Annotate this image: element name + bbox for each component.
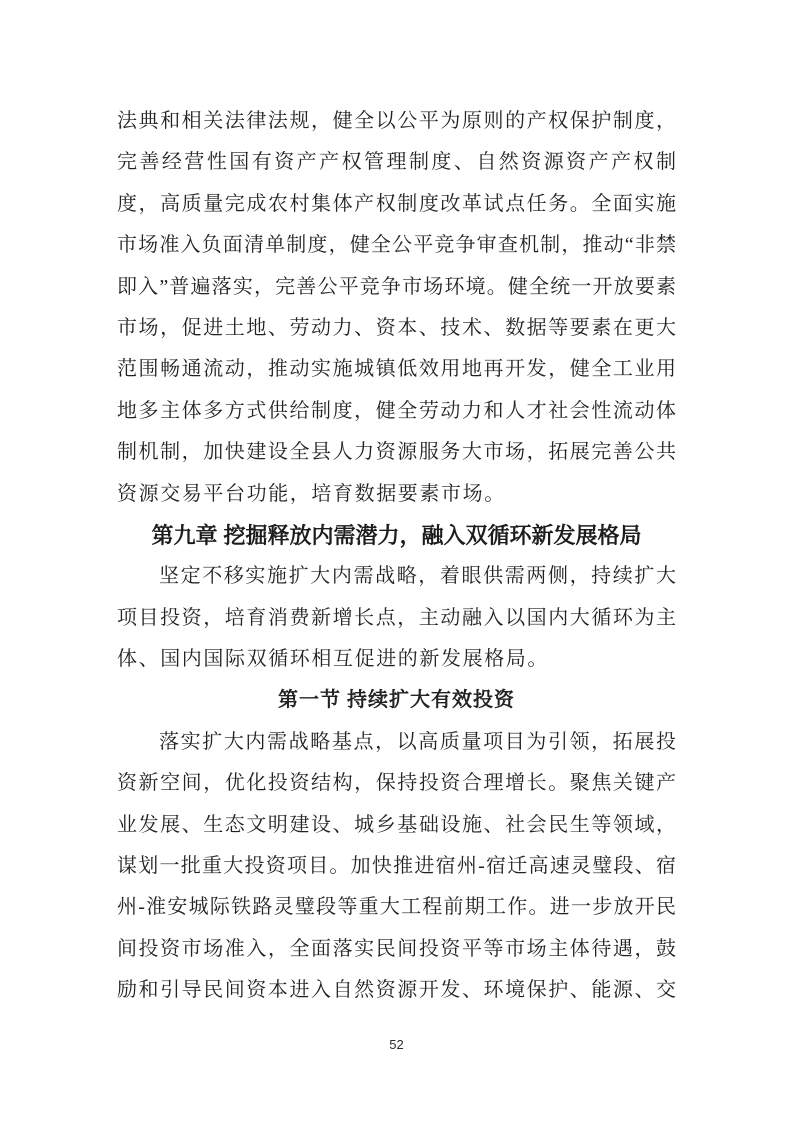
text-line: 法典和相关法律法规，健全以公平为原则的产权保护制度， bbox=[117, 101, 676, 142]
text-line: 市场，促进土地、劳动力、资本、技术、数据等要素在更大 bbox=[117, 308, 676, 349]
text-line: 市场准入负面清单制度，健全公平竞争审查机制，推动“非禁 bbox=[117, 225, 676, 266]
text-line: 资源交易平台功能，培育数据要素市场。 bbox=[117, 474, 676, 515]
text-line: 范围畅通流动，推动实施城镇低效用地再开发，健全工业用 bbox=[117, 349, 676, 390]
text-line: 度，高质量完成农村集体产权制度改革试点任务。全面实施 bbox=[117, 184, 676, 225]
text-line: 地多主体多方式供给制度，健全劳动力和人才社会性流动体 bbox=[117, 391, 676, 432]
text-line: 体、国内国际双循环相互促进的新发展格局。 bbox=[117, 639, 676, 680]
paragraph-continued: 法典和相关法律法规，健全以公平为原则的产权保护制度， 完善经营性国有资产产权管理… bbox=[117, 101, 676, 515]
text-line: 坚定不移实施扩大内需战略，着眼供需两侧，持续扩大 bbox=[117, 556, 676, 597]
text-line: 完善经营性国有资产产权管理制度、自然资源资产产权制 bbox=[117, 142, 676, 183]
chapter-heading: 第九章 挖掘释放内需潜力，融入双循环新发展格局 bbox=[117, 515, 676, 556]
text-line: 资新空间，优化投资结构，保持投资合理增长。聚焦关键产 bbox=[117, 763, 676, 804]
text-line: 制机制，加快建设全县人力资源服务大市场，拓展完善公共 bbox=[117, 432, 676, 473]
text-line: 项目投资，培育消费新增长点，主动融入以国内大循环为主 bbox=[117, 598, 676, 639]
text-line: 间投资市场准入，全面落实民间投资平等市场主体待遇，鼓 bbox=[117, 929, 676, 970]
paragraph: 坚定不移实施扩大内需战略，着眼供需两侧，持续扩大 项目投资，培育消费新增长点，主… bbox=[117, 556, 676, 680]
page-content: 法典和相关法律法规，健全以公平为原则的产权保护制度， 完善经营性国有资产产权管理… bbox=[117, 101, 676, 1012]
text-line: 业发展、生态文明建设、城乡基础设施、社会民生等领域， bbox=[117, 805, 676, 846]
document-page: 法典和相关法律法规，健全以公平为原则的产权保护制度， 完善经营性国有资产产权管理… bbox=[0, 0, 793, 1122]
text-line: 即入”普遍落实，完善公平竞争市场环境。健全统一开放要素 bbox=[117, 267, 676, 308]
text-line: 励和引导民间资本进入自然资源开发、环境保护、能源、交 bbox=[117, 970, 676, 1011]
paragraph: 落实扩大内需战略基点，以高质量项目为引领，拓展投 资新空间，优化投资结构，保持投… bbox=[117, 722, 676, 1012]
page-number: 52 bbox=[389, 1037, 403, 1052]
text-line: 落实扩大内需战略基点，以高质量项目为引领，拓展投 bbox=[117, 722, 676, 763]
text-line: 谋划一批重大投资项目。加快推进宿州-宿迁高速灵璧段、宿 bbox=[117, 846, 676, 887]
text-line: 州-淮安城际铁路灵璧段等重大工程前期工作。进一步放开民 bbox=[117, 887, 676, 928]
page-footer: 52 bbox=[0, 1036, 793, 1054]
section-heading: 第一节 持续扩大有效投资 bbox=[117, 680, 676, 721]
